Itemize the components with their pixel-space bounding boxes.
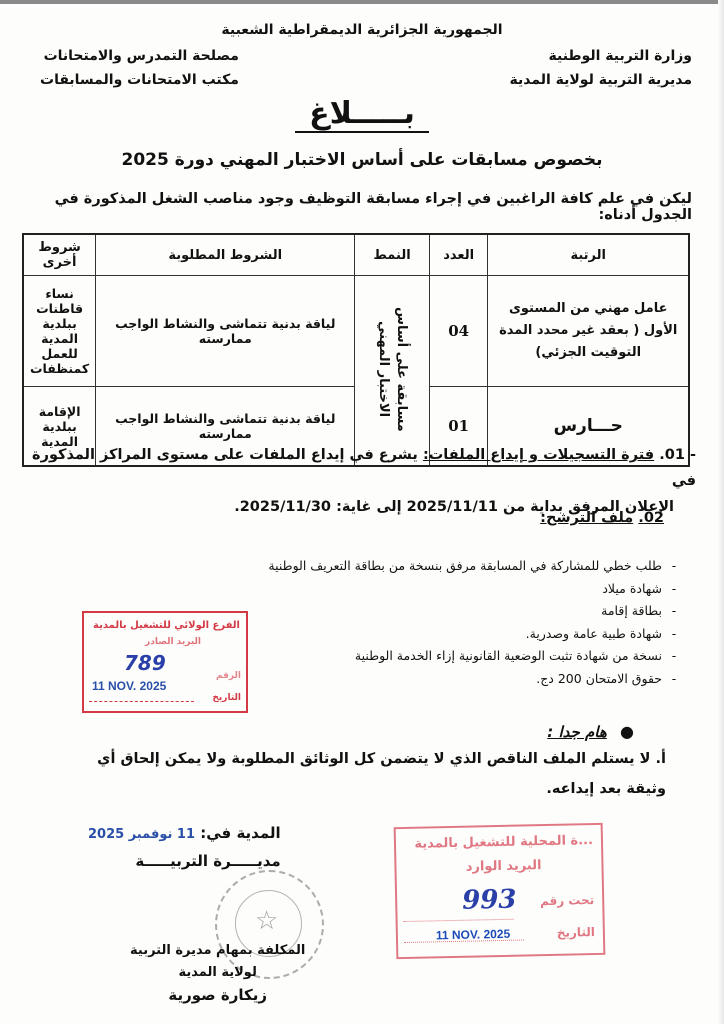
cell-count: 04 (429, 276, 488, 387)
cell-other: نساء قاطنات ببلدية المدية للعمل كمنظفات (23, 276, 96, 387)
cell-conditions: لياقة بدنية تتماشى والنشاط الواجب ممارست… (96, 276, 355, 387)
document-subject: بخصوص مسابقات على أساس الاختبار المهني د… (0, 150, 724, 170)
document-title: بـــــلاغ (0, 96, 724, 131)
header-mode: النمط (355, 234, 429, 276)
stamp-subtitle: البريد الصادر (145, 637, 201, 647)
stamp-number-label: تحت رقم (540, 893, 595, 908)
header-conditions: الشروط المطلوبة (96, 234, 355, 276)
stamp-date-label: التاريخ (557, 925, 595, 940)
bullet-icon: ● (620, 722, 634, 741)
stamp-number: 993 (462, 885, 517, 916)
stamp-rule (404, 939, 524, 943)
section1-number: - 01. (659, 447, 696, 463)
list-item: شهادة طبية عامة وصدرية. (268, 623, 686, 646)
office-label: مديـــــرة التربيـــــة (80, 848, 281, 874)
outgoing-mail-stamp: الفرع الولائي للتشغيل بالمدية البريد الص… (82, 611, 248, 713)
stamp-rule (89, 701, 194, 702)
place-line: المدية في: 11 نوفمبر 2025 (80, 820, 281, 848)
list-item: طلب خطي للمشاركة في المسابقة مرفق بنسخة … (268, 555, 686, 578)
signatory-wilaya: لولاية المدية (130, 962, 305, 984)
required-documents-list: طلب خطي للمشاركة في المسابقة مرفق بنسخة … (268, 555, 686, 690)
section-application-file: 02. ملف الترشح: (540, 510, 664, 526)
handwritten-date: 11 نوفمبر 2025 (88, 827, 195, 842)
service-name: مصلحة التمدرس والامتحانات (40, 44, 239, 68)
list-item: بطاقة إقامة (268, 600, 686, 623)
stamp-number: 789 (124, 651, 166, 675)
stamp-date: 11 NOV. 2025 (92, 679, 166, 693)
header-count: العدد (429, 234, 488, 276)
republic-heading: الجمهورية الجزائرية الديمقراطية الشعبية (0, 22, 724, 38)
list-item: حقوق الامتحان 200 دج. (268, 668, 686, 691)
positions-table: الرتبة العدد النمط الشروط المطلوبة شروط … (22, 233, 690, 467)
directorate-name: مديرية التربية لولاية المدية (509, 68, 692, 92)
important-note: أ. لا يستلم الملف الناقص الذي لا يتضمن ك… (56, 744, 666, 804)
stamp-subtitle: البريد الوارد (466, 858, 542, 875)
scan-top-border (0, 0, 724, 4)
seal-star-icon: ☆ (255, 906, 278, 936)
section2-heading: ملف الترشح: (540, 510, 633, 526)
signatory-block: المكلفة بمهام مديرة التربية لولاية المدي… (130, 940, 305, 1006)
ministry-header: وزارة التربية الوطنية مديرية التربية لول… (509, 44, 692, 92)
section2-number: 02. (638, 510, 664, 526)
stamp-title: الفرع الولائي للتشغيل بالمدية (93, 620, 240, 631)
important-label: هام جدا : (547, 723, 607, 741)
header-rank: الرتبة (488, 234, 689, 276)
list-item: شهادة ميلاد (268, 578, 686, 601)
signatory-role: المكلفة بمهام مديرة التربية (130, 940, 305, 962)
table-header-row: الرتبة العدد النمط الشروط المطلوبة شروط … (23, 234, 689, 276)
list-item: نسخة من شهادة تثبت الوضعية القانونية إزا… (268, 645, 686, 668)
service-header: مصلحة التمدرس والامتحانات مكتب الامتحانا… (40, 44, 239, 92)
office-name: مكتب الامتحانات والمسابقات (40, 68, 239, 92)
header-other: شروط أخرى (23, 234, 96, 276)
section-registration: - 01. فترة التسجيلات و إيداع الملفات: يش… (20, 442, 696, 520)
table-row: عامل مهني من المستوى الأول ( بعقد غير مح… (23, 276, 689, 387)
signature-place-date: المدية في: 11 نوفمبر 2025 مديـــــرة الت… (80, 820, 281, 874)
important-heading: ● هام جدا : (547, 722, 634, 741)
ministry-name: وزارة التربية الوطنية (509, 44, 692, 68)
stamp-number-label: الرقم (216, 671, 241, 681)
incoming-mail-stamp: ...ة المحلية للتشغيل بالمدية البريد الوا… (394, 823, 606, 959)
stamp-rule (404, 919, 514, 922)
cell-mode: مسابقة على أساس الاختبار المهني (355, 276, 429, 467)
cell-rank: عامل مهني من المستوى الأول ( بعقد غير مح… (488, 276, 689, 387)
place-label: المدية في: (200, 824, 280, 842)
signatory-name: زيكارة صورية (130, 984, 305, 1006)
intro-paragraph: ليكن في علم كافة الراغبين في إجراء مسابق… (0, 191, 692, 223)
stamp-date-label: التاريخ (212, 693, 241, 703)
title-text: بـــــلاغ (295, 96, 429, 133)
section1-heading: فترة التسجيلات و إيداع الملفات: (423, 447, 654, 463)
stamp-title: ...ة المحلية للتشغيل بالمدية (414, 833, 593, 852)
mode-text: مسابقة على أساس الاختبار المهني (374, 294, 410, 444)
